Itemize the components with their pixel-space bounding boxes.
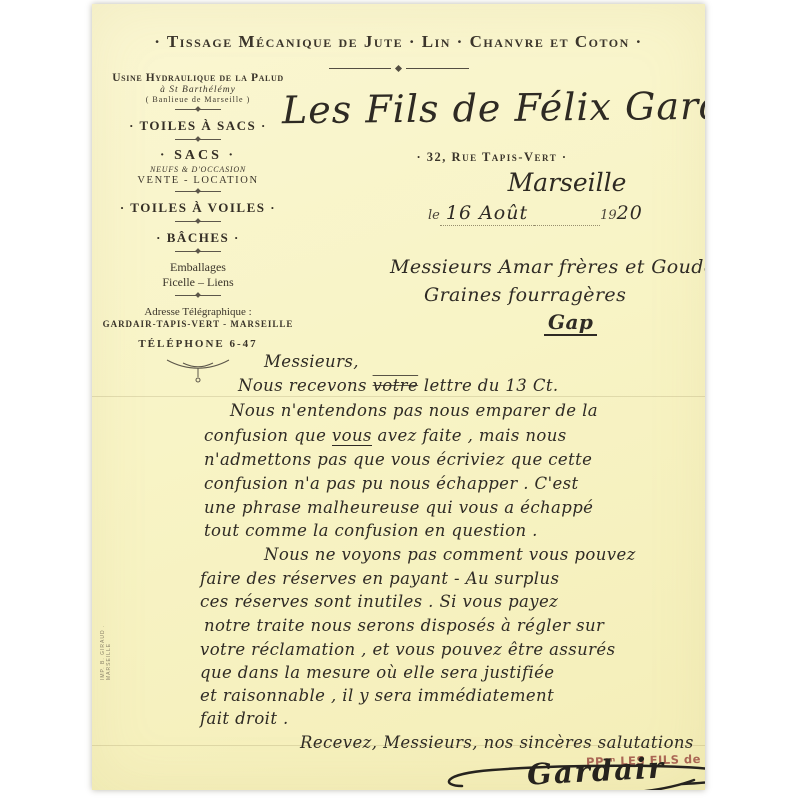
factory-suburb: ( Banlieue de Marseille ) bbox=[98, 95, 298, 104]
divider-ornament bbox=[175, 109, 221, 114]
factory-line: Usine Hydraulique de la Palud bbox=[98, 72, 298, 84]
company-street-address: · 32, Rue Tapis-Vert · bbox=[342, 150, 642, 165]
product-toiles-a-voiles: · TOILES À VOILES · bbox=[98, 200, 298, 216]
recipient-city: Gap bbox=[544, 310, 597, 336]
body-line: votre réclamation , et vous pouvez être … bbox=[200, 640, 615, 659]
letter-paper: · Tissage Mécanique de Jute · Lin · Chan… bbox=[92, 4, 705, 790]
product-ficelle-liens: Ficelle – Liens bbox=[98, 275, 298, 290]
sacs-subline-neufs: NEUFS & D'OCCASION bbox=[98, 165, 298, 174]
body-line: Nous n'entendons pas nous emparer de la bbox=[230, 401, 598, 420]
divider-ornament bbox=[175, 295, 221, 300]
recipient-name: Messieurs Amar frères et Goudet bbox=[390, 256, 705, 278]
recipient-business: Graines fourragères bbox=[424, 284, 626, 306]
printer-imprint: IMP. B. GIRAUD . MARSEILLE bbox=[100, 600, 112, 680]
telegraph-address-value: GARDAIR-TAPIS-VERT - MARSEILLE bbox=[98, 319, 298, 329]
body-line: n'admettons pas que vous écriviez que ce… bbox=[204, 450, 592, 469]
body-text: avez faite , mais nous bbox=[372, 426, 567, 445]
sacs-subline-vente: VENTE - LOCATION bbox=[98, 175, 298, 186]
body-text: Nous recevons bbox=[238, 376, 373, 395]
closing-salutation: Recevez, Messieurs, nos sincères salutat… bbox=[300, 733, 694, 752]
body-line: confusion n'a pas pu nous échapper . C'e… bbox=[204, 474, 579, 493]
date-year-handwritten: 20 bbox=[617, 202, 643, 224]
company-name: Les Fils de Félix Gardair bbox=[282, 84, 705, 133]
divider-ornament bbox=[175, 221, 221, 226]
header-divider-ornament bbox=[329, 66, 469, 71]
paper-crease bbox=[92, 396, 705, 397]
telephone-number: TÉLÉPHONE 6-47 bbox=[98, 338, 298, 350]
date-year-printed: 19 bbox=[600, 208, 617, 223]
date-day-month-handwritten: 16 Août bbox=[440, 202, 534, 226]
body-line: Nous recevons votre lettre du 13 Ct. bbox=[238, 376, 559, 395]
body-line: et raisonnable , il y sera immédiatement bbox=[200, 686, 554, 705]
product-emballages: Emballages bbox=[98, 260, 298, 275]
body-line: une phrase malheureuse qui vous a échapp… bbox=[204, 498, 593, 517]
signature: Gardair bbox=[432, 752, 705, 790]
date-line: le16 Août 1920 bbox=[428, 202, 698, 226]
flourish-ornament bbox=[163, 356, 233, 384]
body-underlined-word: vous bbox=[332, 426, 372, 446]
telegraph-address-label: Adresse Télégraphique : bbox=[98, 306, 298, 318]
body-text: confusion que bbox=[204, 426, 332, 445]
date-le-label: le bbox=[428, 208, 440, 223]
letterhead-title: · Tissage Mécanique de Jute · Lin · Chan… bbox=[92, 32, 705, 52]
product-baches: · BÂCHES · bbox=[98, 230, 298, 246]
company-city: Marseille bbox=[472, 168, 662, 197]
body-scribbled-word: votre bbox=[373, 376, 419, 395]
product-toiles-a-sacs: · TOILES À SACS · bbox=[98, 118, 298, 134]
body-line: Nous ne voyons pas comment vous pouvez bbox=[264, 545, 636, 564]
body-line: fait droit . bbox=[200, 709, 289, 728]
divider-ornament bbox=[175, 139, 221, 144]
body-line: tout comme la confusion en question . bbox=[204, 521, 538, 540]
body-line: faire des réserves en payant - Au surplu… bbox=[200, 569, 559, 588]
body-line: confusion que vous avez faite , mais nou… bbox=[204, 426, 567, 445]
body-line: que dans la mesure où elle sera justifié… bbox=[200, 663, 554, 682]
divider-ornament bbox=[175, 191, 221, 196]
factory-location: à St Barthélémy bbox=[98, 85, 298, 95]
body-line: ces réserves sont inutiles . Si vous pay… bbox=[200, 592, 558, 611]
letterhead-sidebar: Usine Hydraulique de la Palud à St Barth… bbox=[98, 72, 298, 384]
divider-ornament bbox=[175, 251, 221, 256]
body-text: lettre du 13 Ct. bbox=[418, 376, 558, 395]
product-sacs: · SACS · bbox=[98, 148, 298, 164]
body-line: notre traite nous serons disposés à régl… bbox=[204, 616, 604, 635]
salutation: Messieurs, bbox=[264, 352, 359, 371]
signature-name: Gardair bbox=[526, 750, 666, 790]
